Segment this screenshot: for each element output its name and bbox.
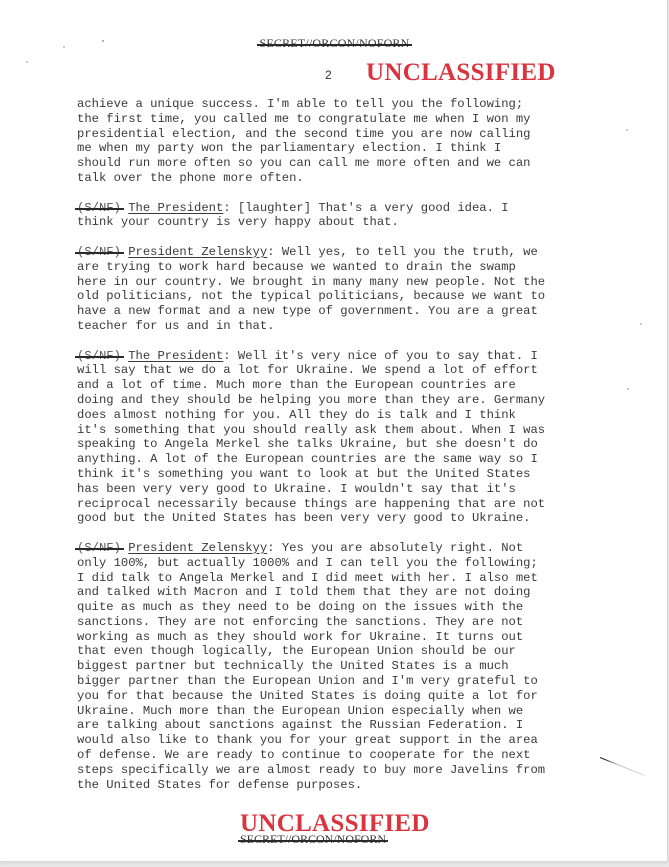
- unclassified-stamp-top: UNCLASSIFIED: [366, 59, 556, 87]
- header-classification: SECRET//ORCON/NOFORN: [0, 36, 669, 51]
- scan-artifact-dot: [26, 61, 28, 63]
- scan-artifact-dot: [627, 388, 629, 390]
- paragraph-zelenskyy-1: (S/NF) President Zelenskyy: Well yes, to…: [77, 245, 597, 334]
- page-number: 2: [325, 68, 332, 82]
- scan-artifact-dot: [102, 40, 104, 42]
- scan-artifact-dot: [626, 129, 628, 131]
- struck-classification-marking: SECRET//ORCON/NOFORN: [240, 832, 386, 847]
- transcript-body: achieve a unique success. I'm able to te…: [77, 97, 597, 807]
- footer-classification: SECRET//ORCON/NOFORN: [240, 832, 386, 847]
- scan-artifact-dot: [63, 46, 65, 48]
- speaker-name: The President: [128, 201, 223, 215]
- paragraph-the-president-2: (S/NF) The President: Well it's very nic…: [77, 349, 597, 527]
- speaker-name: President Zelenskyy: [128, 541, 267, 555]
- scan-artifact-dot: [640, 323, 642, 325]
- speaker-name: The President: [128, 349, 223, 363]
- paragraph-zelenskyy-2: (S/NF) President Zelenskyy: Yes you are …: [77, 541, 597, 793]
- struck-classification-marking: SECRET//ORCON/NOFORN: [259, 36, 409, 51]
- struck-paragraph-marking: (S/NF): [77, 349, 121, 364]
- struck-paragraph-marking: (S/NF): [77, 201, 121, 216]
- struck-paragraph-marking: (S/NF): [77, 541, 121, 556]
- document-page: SECRET//ORCON/NOFORN 2 UNCLASSIFIED achi…: [0, 0, 668, 862]
- speaker-name: President Zelenskyy: [128, 245, 267, 259]
- paragraph-text: : Yes you are absolutely right. Not only…: [77, 541, 545, 792]
- paragraph-continuation: achieve a unique success. I'm able to te…: [77, 97, 597, 186]
- paragraph-text: : Well it's very nice of you to say that…: [77, 349, 545, 526]
- struck-paragraph-marking: (S/NF): [77, 245, 121, 260]
- scan-artifact-mark: [600, 757, 645, 776]
- paragraph-the-president-1: (S/NF) The President: [laughter] That's …: [77, 201, 597, 231]
- paragraph-text: achieve a unique success. I'm able to te…: [77, 97, 530, 185]
